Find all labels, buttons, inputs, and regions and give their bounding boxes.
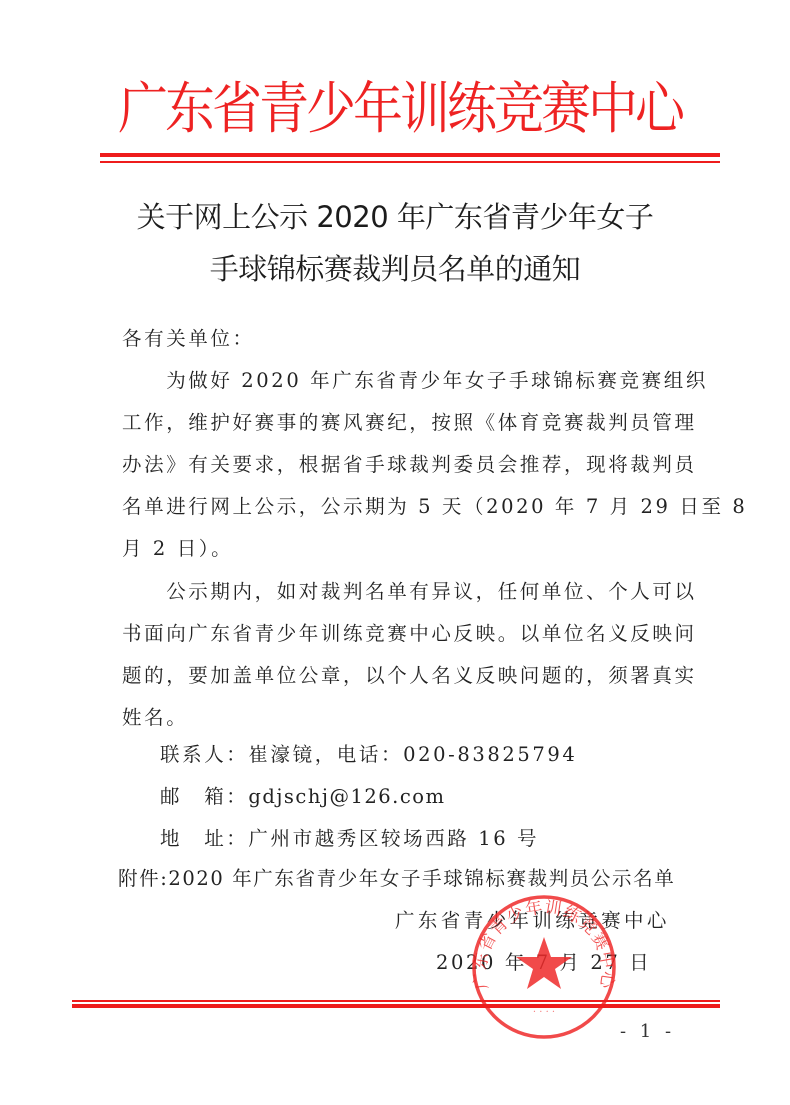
contact-address: 地 址：广州市越秀区较场西路 16 号 xyxy=(160,827,539,851)
contact-person: 联系人：崔濠镜，电话：020-83825794 xyxy=(160,743,577,767)
svg-text:· · · ·: · · · · xyxy=(533,1007,555,1018)
paragraph-1-line-4: 名单进行网上公示，公示期为 5 天（2020 年 7 月 29 日至 8 xyxy=(122,495,747,519)
notice-title-line-2: 手球锦标赛裁判员名单的通知 xyxy=(0,247,790,288)
paragraph-1-line-3: 办法》有关要求，根据省手球裁判委员会推荐，现将裁判员 xyxy=(122,453,697,477)
attachment: 附件:2020 年广东省青少年女子手球锦标赛裁判员公示名单 xyxy=(118,867,675,891)
page-number: - 1 - xyxy=(620,1021,675,1042)
paragraph-2-line-1: 公示期内，如对裁判名单有异议，任何单位、个人可以 xyxy=(122,580,697,604)
contact-email: 邮 箱：gdjschj@126.com xyxy=(160,785,446,809)
paragraph-2-line-3: 题的，要加盖单位公章，以个人名义反映问题的，须署真实 xyxy=(122,664,697,688)
paragraph-1-line-5: 月 2 日）。 xyxy=(122,537,233,561)
salutation: 各有关单位： xyxy=(122,327,255,351)
paragraph-1-line-2: 工作，维护好赛事的赛风赛纪，按照《体育竞赛裁判员管理 xyxy=(122,411,697,435)
footer-thick-rule xyxy=(72,1004,720,1008)
contact-person-label: 联系人： xyxy=(160,743,248,766)
contact-address-value: 广州市越秀区较场西路 16 号 xyxy=(248,827,539,850)
header-thick-rule xyxy=(100,153,720,157)
paragraph-1-line-1: 为做好 2020 年广东省青少年女子手球锦标赛竞赛组织 xyxy=(122,369,708,393)
contact-email-label: 邮 箱： xyxy=(160,785,248,808)
official-seal-icon: 广东省青少年训练竞赛中心 · · · · xyxy=(470,893,618,1041)
footer-thin-rule xyxy=(72,1000,720,1002)
paragraph-2-line-2: 书面向广东省青少年训练竞赛中心反映。以单位名义反映问 xyxy=(122,622,697,646)
contact-email-value: gdjschj@126.com xyxy=(248,785,445,808)
contact-person-value: 崔濠镜，电话：020-83825794 xyxy=(248,743,577,766)
paragraph-2-line-4: 姓名。 xyxy=(122,706,188,730)
header-thin-rule xyxy=(100,161,720,163)
notice-title-line-1: 关于网上公示 2020 年广东省青少年女子 xyxy=(0,195,790,236)
letterhead-organization: 广东省青少年训练竞赛中心 xyxy=(118,72,678,146)
contact-address-label: 地 址： xyxy=(160,827,248,850)
